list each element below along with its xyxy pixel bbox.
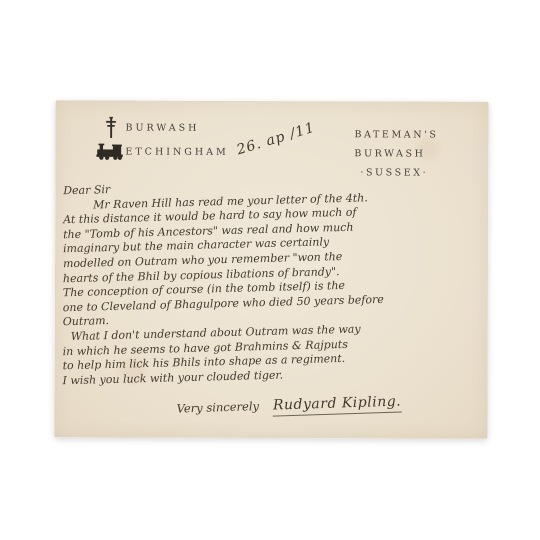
railway-station-label: ETCHINGHAM (125, 146, 228, 157)
telegraph-office-label: BURWASH (125, 122, 199, 133)
letterhead-left: BURWASH (95, 115, 229, 163)
letterhead-telegraph-row: BURWASH (95, 115, 228, 139)
letterhead-station-row: ETCHINGHAM (95, 139, 228, 163)
signature: Rudyard Kipling. (273, 394, 402, 417)
locomotive-icon (95, 143, 125, 160)
letterhead-address-line: BATEMAN'S (354, 125, 438, 144)
signature-row: Very sincerelyRudyard Kipling. (176, 391, 401, 417)
telegraph-pole-icon (95, 116, 125, 138)
letter-card: BURWASH (54, 100, 488, 439)
closing: Very sincerely (176, 399, 259, 416)
letterhead-address-line: BURWASH (354, 144, 438, 163)
handwritten-date: 26. ap /11 (235, 120, 317, 159)
letter-body: Dear Sir Mr Raven Hill has read me your … (63, 184, 482, 390)
